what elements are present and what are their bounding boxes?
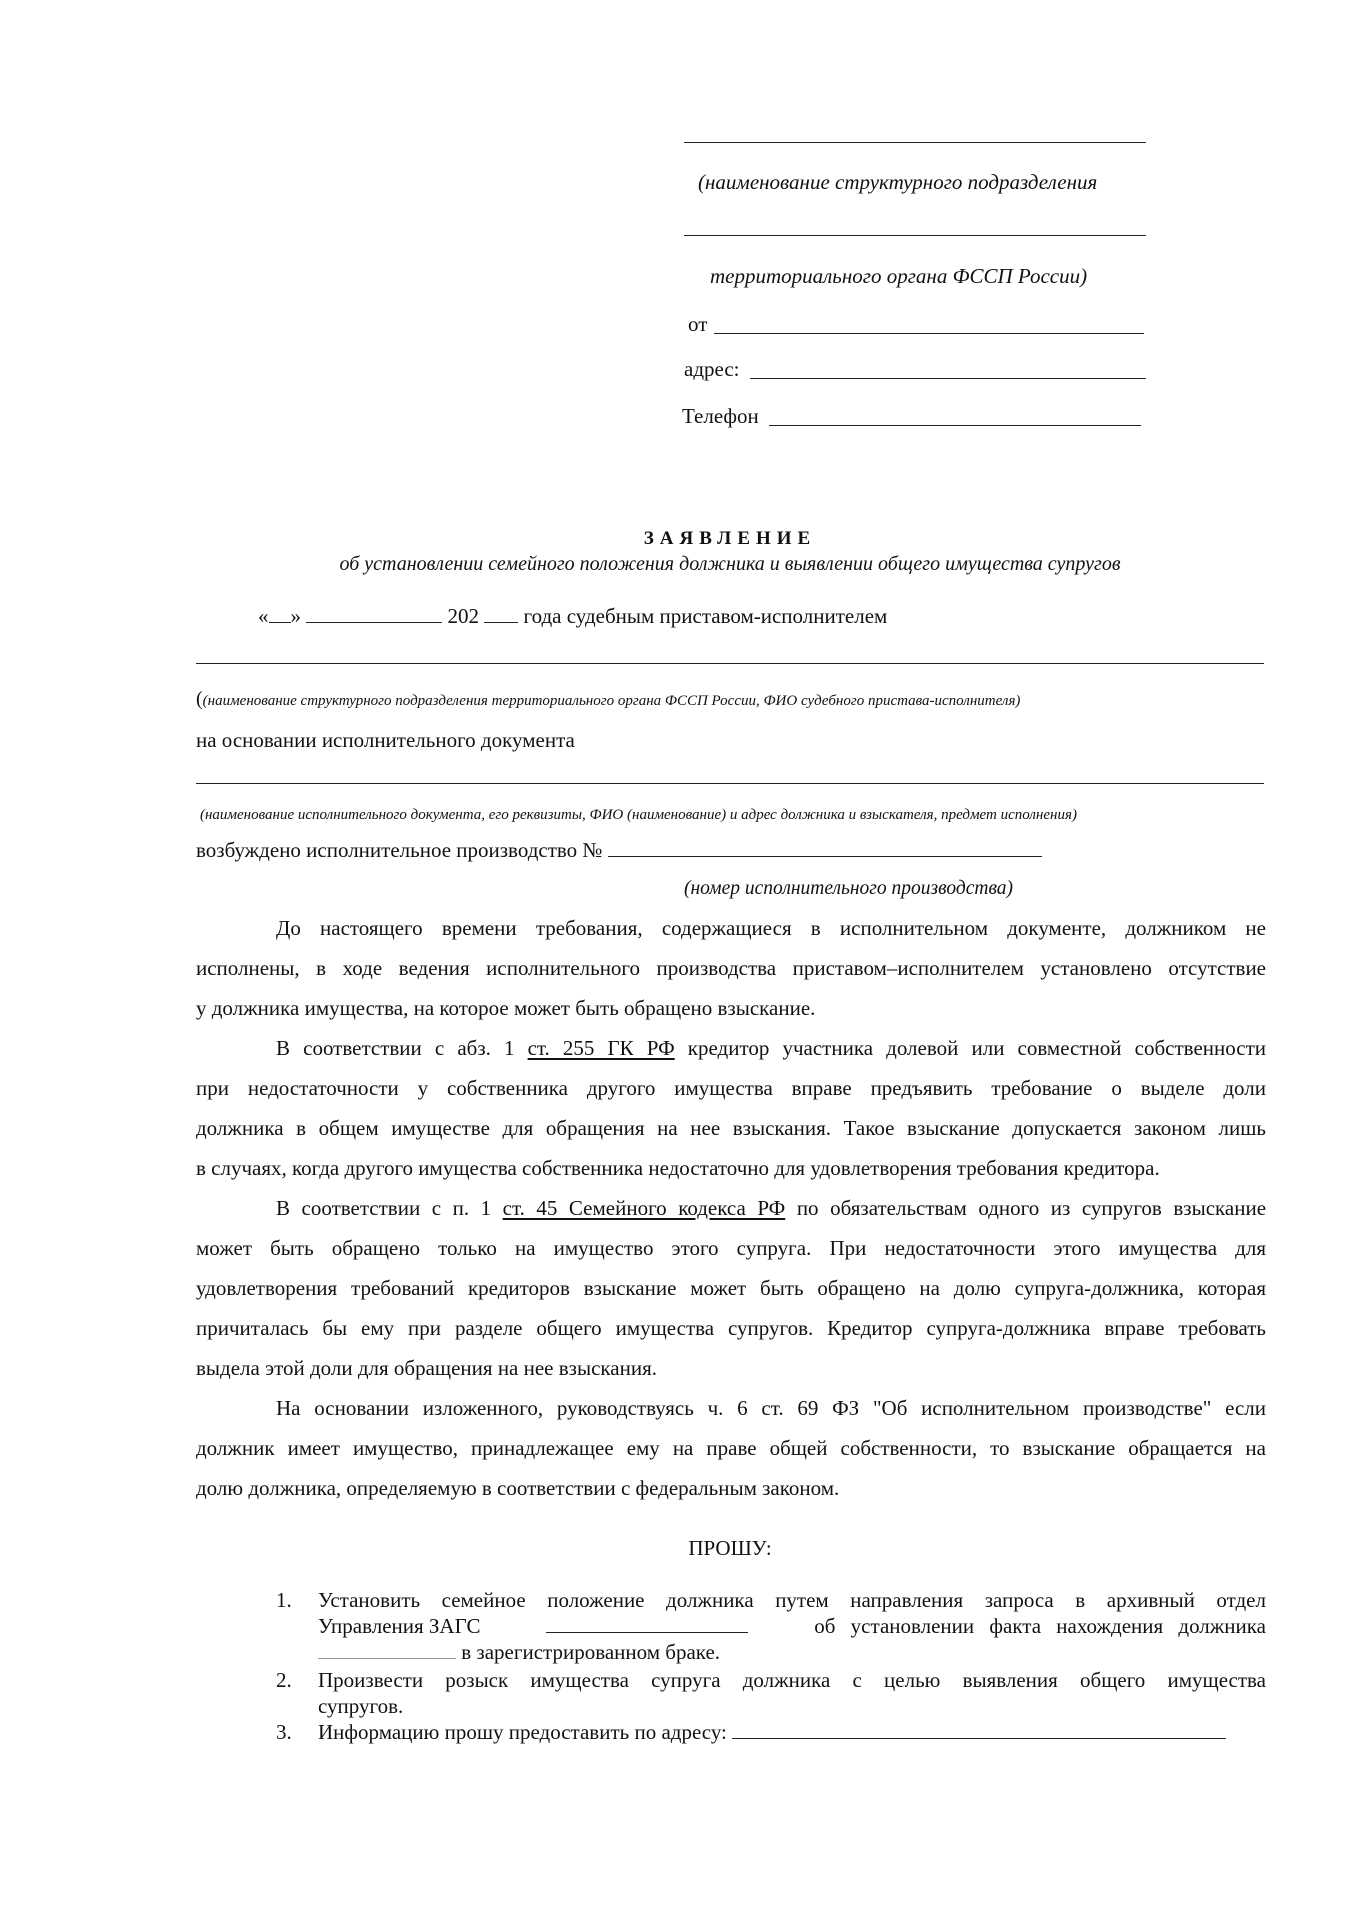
paragraph-2-line-2: при недостаточности у собственника друго… xyxy=(196,1076,1266,1100)
date-close-quote: » xyxy=(291,604,302,628)
request-heading: ПРОШУ: xyxy=(0,1536,1358,1560)
from-label: от xyxy=(688,312,707,336)
request-item-1-line-3: в зарегистрированном браке. xyxy=(318,1640,720,1664)
day-field[interactable] xyxy=(269,604,291,623)
addressee-blank-line-2[interactable] xyxy=(684,235,1146,236)
date-open-quote: « xyxy=(258,604,269,628)
paragraph-1-line-1: До настоящего времени требования, содерж… xyxy=(276,916,1266,940)
paragraph-4-line-2: должник имеет имущество, принадлежащее е… xyxy=(196,1436,1266,1460)
document-subtitle: об установлении семейного положения долж… xyxy=(0,552,1358,576)
month-field[interactable] xyxy=(306,604,442,623)
link-article-255[interactable]: ст. 255 ГК РФ xyxy=(528,1036,675,1060)
paragraph-1-line-2: исполнены, в ходе ведения исполнительног… xyxy=(196,956,1266,980)
document-field[interactable] xyxy=(196,783,1264,784)
from-field[interactable] xyxy=(714,333,1144,334)
date-line: «» 202 года судебным приставом-исполните… xyxy=(258,604,887,628)
phone-label: Телефон xyxy=(682,404,759,428)
proceeding-caption: (номер исполнительного производства) xyxy=(684,878,1013,900)
link-article-45[interactable]: ст. 45 Семейного кодекса РФ xyxy=(503,1196,786,1220)
request-item-1-line-1: Установить семейное положение должника п… xyxy=(318,1588,1266,1612)
phone-field[interactable] xyxy=(769,425,1141,426)
paragraph-2-line-4: в случаях, когда другого имущества собст… xyxy=(196,1156,1266,1180)
paragraph-2-line-1: В соответствии с абз. 1 ст. 255 ГК РФ кр… xyxy=(276,1036,1266,1060)
document-caption: (наименование исполнительного документа,… xyxy=(200,806,1077,824)
basis-text: на основании исполнительного документа xyxy=(196,728,575,752)
paragraph-2-line-3: должника в общем имуществе для обращения… xyxy=(196,1116,1266,1140)
address-label: адрес: xyxy=(684,357,740,381)
paragraph-4-line-3: долю должника, определяемую в соответств… xyxy=(196,1476,1266,1500)
address-field[interactable] xyxy=(750,378,1146,379)
request-item-2-line-2: супругов. xyxy=(318,1694,403,1718)
proceeding-text: возбуждено исполнительное производство № xyxy=(196,838,602,862)
paragraph-3-line-5: выдела этой доли для обращения на нее вз… xyxy=(196,1356,1266,1380)
bailiff-caption: ((наименование структурного подразделени… xyxy=(196,690,1020,710)
proceeding-line: возбуждено исполнительное производство № xyxy=(196,838,1042,862)
proceeding-number-field[interactable] xyxy=(608,838,1042,857)
request-item-1-line-2: Управления ЗАГС об установлении факта на… xyxy=(318,1614,1266,1638)
paragraph-1-line-3: у должника имущества, на которое может б… xyxy=(196,996,1266,1020)
spouse-field[interactable] xyxy=(318,1640,456,1659)
bailiff-field[interactable] xyxy=(196,663,1264,664)
request-item-3-number: 3. xyxy=(276,1720,292,1744)
document-title: ЗАЯВЛЕНИЕ xyxy=(0,528,1358,550)
paragraph-3-line-1: В соответствии с п. 1 ст. 45 Семейного к… xyxy=(276,1196,1266,1220)
paragraph-3-line-2: может быть обращено только на имущество … xyxy=(196,1236,1266,1260)
year-prefix: 202 xyxy=(448,604,480,628)
paragraph-3-line-4: причиталась бы ему при разделе общего им… xyxy=(196,1316,1266,1340)
zags-field[interactable] xyxy=(546,1614,748,1633)
request-item-1-number: 1. xyxy=(276,1588,292,1612)
request-item-2-line-1: Произвести розыск имущества супруга долж… xyxy=(318,1668,1266,1692)
request-item-2-number: 2. xyxy=(276,1668,292,1692)
addressee-blank-line-1[interactable] xyxy=(684,142,1146,143)
addressee-caption-1: (наименование структурного подразделения xyxy=(698,170,1097,194)
paragraph-3-line-3: удовлетворения требований кредиторов взы… xyxy=(196,1276,1266,1300)
addressee-caption-2: территориального органа ФССП России) xyxy=(710,264,1087,288)
date-text: года судебным приставом-исполнителем xyxy=(524,604,888,628)
reply-address-field[interactable] xyxy=(732,1720,1226,1739)
request-item-3-line-1: Информацию прошу предоставить по адресу: xyxy=(318,1720,1226,1744)
year-field[interactable] xyxy=(484,604,518,623)
paragraph-4-line-1: На основании изложенного, руководствуясь… xyxy=(276,1396,1266,1420)
